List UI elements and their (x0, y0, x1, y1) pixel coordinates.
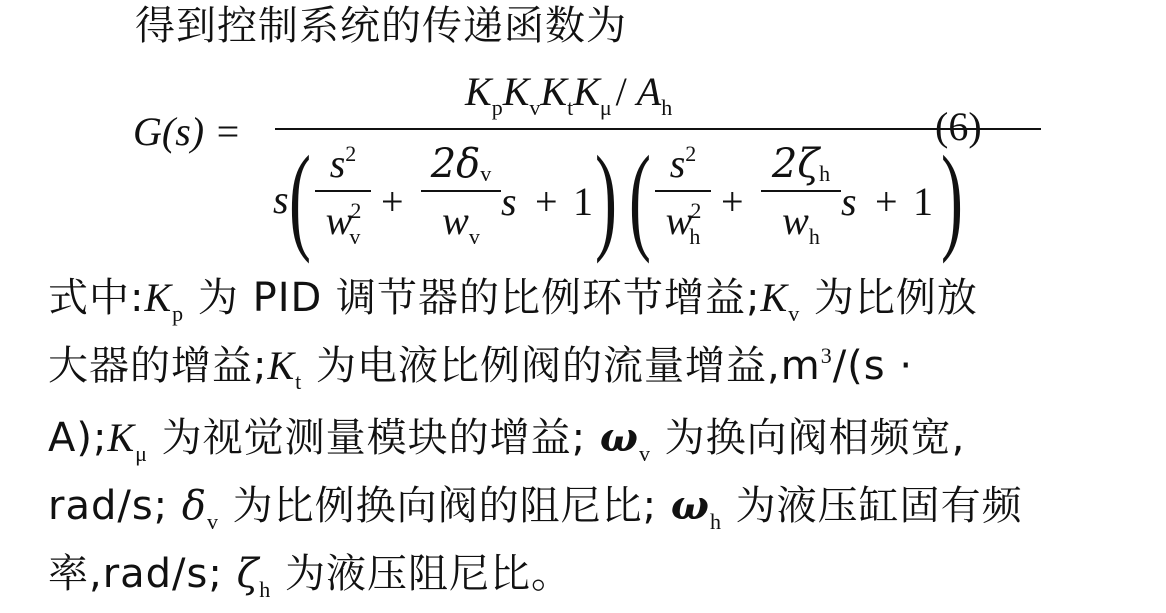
close-paren: ) (941, 138, 963, 258)
sub: v (639, 441, 651, 466)
fraction-s2-wv2: s2 w2v (315, 138, 371, 244)
gain-kv: K (503, 69, 530, 114)
sub: h (819, 161, 830, 186)
equation-denominator: s ( s2 w2v + 2δv wv s + 1 ) ( s2 w2h + 2… (273, 138, 1043, 258)
sup: 2 (345, 141, 356, 166)
open-paren: ( (629, 138, 651, 258)
sup: 2 (350, 198, 361, 223)
text: 为换向阀相频宽, (651, 415, 965, 461)
equation-numerator: KpKvKtKμ/Ah (465, 68, 672, 115)
equation-lhs: G(s) = (133, 108, 241, 155)
open-paren: ( (289, 138, 311, 258)
symbol-delta: δ (182, 483, 207, 529)
text: 为电液比例阀的流量增益,m (302, 343, 820, 389)
sub: p (172, 301, 184, 326)
gain-kp: K (465, 69, 492, 114)
intro-line: 得到控制系统的传递函数为 (135, 3, 627, 49)
text: 大器的增益; (48, 343, 267, 389)
main-fraction-bar (275, 128, 1041, 130)
fraction-2zeta-wh: 2ζh wh (761, 138, 841, 244)
text: A); (48, 415, 107, 461)
s-term: s (501, 178, 517, 225)
area-ah: A (637, 69, 661, 114)
definition-line-4: rad/s; δv 为比例换向阀的阻尼比; ωh 为液压缸固有频 (48, 478, 1023, 534)
text: 率,rad/s; (48, 551, 237, 597)
text: 式中: (48, 275, 144, 321)
symbol-omega: ω (671, 482, 710, 529)
plus: + (875, 178, 898, 225)
sub: h (661, 95, 672, 120)
one: 1 (573, 178, 593, 225)
equation-number: (6) (935, 103, 982, 150)
sub: h (689, 224, 700, 249)
gain-kt: K (540, 69, 567, 114)
sub: v (788, 301, 800, 326)
sup: 2 (685, 141, 696, 166)
s-term: s (841, 178, 857, 225)
sub: v (349, 224, 360, 249)
intro-text: 得到控制系统的传递函数为 (135, 0, 627, 54)
transfer-function-equation: G(s) = KpKvKtKμ/Ah s ( s2 w2v + 2δv wv s… (133, 68, 1133, 258)
symbol-k: K (107, 415, 135, 460)
text: 为液压缸固有频 (722, 483, 1023, 529)
definition-line-3: A);Kμ 为视觉测量模块的增益; ωv 为换向阀相频宽, (48, 410, 965, 466)
sup: 2 (690, 198, 701, 223)
sub: μ (135, 441, 148, 466)
plus: + (381, 178, 404, 225)
fraction-2delta-wv: 2δv wv (421, 138, 501, 244)
definition-line-1: 式中:Kp 为 PID 调节器的比例环节增益;Kv 为比例放 (48, 270, 978, 326)
plus: + (535, 178, 558, 225)
text: 为液压阻尼比。 (271, 551, 572, 597)
gain-kmu: K (573, 69, 600, 114)
den: w (442, 198, 469, 243)
sub: v (480, 161, 491, 186)
sub: h (710, 509, 722, 534)
text: 为 PID 调节器的比例环节增益; (184, 275, 760, 321)
num: 2ζ (772, 141, 819, 187)
symbol-k: K (267, 343, 295, 388)
symbol-k: K (144, 275, 172, 320)
text: 为视觉测量模块的增益; (148, 415, 600, 461)
sub: h (259, 577, 271, 602)
sub: v (207, 509, 219, 534)
text: 为比例放 (800, 275, 978, 321)
close-paren: ) (595, 138, 617, 258)
sub: μ (600, 95, 612, 120)
sub: p (492, 95, 503, 120)
sub: h (809, 224, 820, 249)
symbol-omega: ω (600, 414, 639, 461)
den: w (782, 198, 809, 243)
definition-line-2: 大器的增益;Kt 为电液比例阀的流量增益,m3/(s · (48, 338, 913, 394)
text: rad/s; (48, 483, 182, 529)
text: 为比例换向阀的阻尼比; (219, 483, 671, 529)
plus: + (721, 178, 744, 225)
fraction-s2-wh2: s2 w2h (655, 138, 711, 244)
num: 2δ (431, 141, 481, 187)
num: s (670, 141, 686, 186)
sub: v (529, 95, 540, 120)
sup: 3 (821, 343, 833, 368)
text: /(s · (833, 343, 913, 389)
symbol-k: K (761, 275, 789, 320)
one: 1 (913, 178, 933, 225)
sub: v (469, 224, 480, 249)
definition-line-5: 率,rad/s; ζh 为液压阻尼比。 (48, 546, 572, 602)
symbol-zeta: ζ (237, 551, 260, 597)
leading-s: s (273, 176, 289, 223)
num: s (330, 141, 346, 186)
divider-slash: / (616, 69, 627, 114)
